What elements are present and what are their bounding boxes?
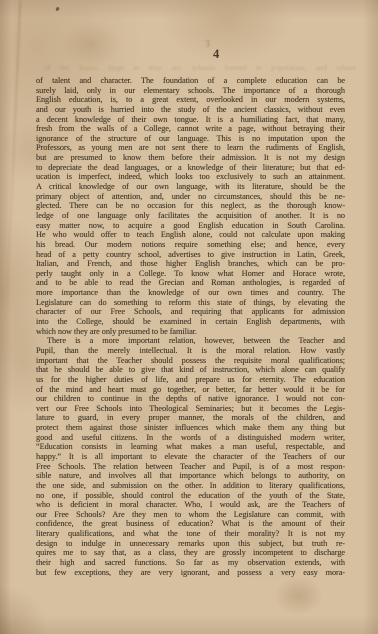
- text-line: important that the Teacher should posses…: [36, 356, 345, 366]
- text-line: Free Schools. The relation between Teach…: [36, 462, 345, 472]
- text-line: protect them against those sinister infl…: [36, 423, 345, 433]
- text-line: into the College, should be examined in …: [36, 317, 345, 327]
- text-line: surely laid, only in our elementary scho…: [36, 86, 345, 96]
- text-line: to depreciate the dead languages, or a k…: [36, 163, 345, 173]
- text-line: and to be able to read the Grecian and R…: [36, 278, 345, 288]
- text-line: ledge of one language only facilitates t…: [36, 211, 345, 221]
- ghost-showthrough-line: of the States, large as they are, school…: [44, 63, 356, 72]
- text-line: good and useful citizens. In the words o…: [36, 433, 345, 443]
- text-line: of the mind and heart must go together, …: [36, 385, 345, 395]
- text-line: “Education consists in learning what mak…: [36, 442, 345, 452]
- text-line: primary object of attention, and, under …: [36, 192, 345, 202]
- text-line: the one side, and submission on the othe…: [36, 481, 345, 491]
- paragraph: There is a more important relation, howe…: [36, 336, 345, 577]
- text-line: which now they are only presumed to be f…: [36, 327, 345, 337]
- text-line: character of our Free Schools, and requi…: [36, 307, 345, 317]
- paragraph: of talent and character. The foundation …: [36, 76, 345, 336]
- text-line: ignorance of the structure of our langua…: [36, 134, 345, 144]
- text-line: ucation is imperfect, indeed, which look…: [36, 172, 345, 182]
- text-line: confidence, the great business of educat…: [36, 519, 345, 529]
- text-line: Legislature can do something to reform t…: [36, 298, 345, 308]
- text-line: quires me to say that, as a class, they …: [36, 548, 345, 558]
- text-line: his bread. Our modern notions require so…: [36, 240, 345, 250]
- text-line: Professors, as young men are not sent th…: [36, 143, 345, 153]
- text-line: us for the higher duties of life, and pr…: [36, 375, 345, 385]
- text-line: head of a petty country school, advertis…: [36, 250, 345, 260]
- text-line: lature to guard, in every proper manner,…: [36, 413, 345, 423]
- text-line: easy matter now, to acquire a good Engli…: [36, 221, 345, 231]
- text-line: fresh from the walls of a College, canno…: [36, 124, 345, 134]
- text-line: literary qualifications, and what the to…: [36, 529, 345, 539]
- text-line: no one, if possible, should control the …: [36, 491, 345, 501]
- text-line: a decent knowledge of their own tongue. …: [36, 115, 345, 125]
- text-line: happy.” It is all important to elevate t…: [36, 452, 345, 462]
- text-line: glected. There can be no occasion for th…: [36, 201, 345, 211]
- paper-speck: [55, 7, 60, 12]
- text-line: who is deficient in moral character. Who…: [36, 500, 345, 510]
- ghost-page-number: 3: [205, 39, 210, 50]
- text-line: of talent and character. The foundation …: [36, 76, 345, 86]
- text-line: perly taught only in a College. To know …: [36, 269, 345, 279]
- text-line: but are presumed to know them before the…: [36, 153, 345, 163]
- text-block: of talent and character. The foundation …: [36, 76, 345, 577]
- text-line: English education, is, to a great extent…: [36, 95, 345, 105]
- text-line: design to indulge in unnecessary remarks…: [36, 539, 345, 549]
- page-number: 4: [213, 47, 220, 62]
- text-line: sible nature, and involves all that impo…: [36, 471, 345, 481]
- text-line: There is a more important relation, howe…: [36, 336, 345, 346]
- text-line: He who would offer to teach English alon…: [36, 230, 345, 240]
- text-line: more importance than the knowledge of ou…: [36, 288, 345, 298]
- text-line: our Free Schools? Are they men to whom t…: [36, 510, 345, 520]
- text-line: A critical knowledge of our own language…: [36, 182, 345, 192]
- text-line: but few exceptions, they are very ignora…: [36, 568, 345, 578]
- text-line: Italian, and French, and those higher En…: [36, 259, 345, 269]
- text-line: their high and sacred functions. So far …: [36, 558, 345, 568]
- text-line: Pupil, than the merely intellectual. It …: [36, 346, 345, 356]
- text-line: and our youth is hurried into the study …: [36, 105, 345, 115]
- paper-crease: [7, 0, 22, 290]
- text-line: our children to continue in the depths o…: [36, 394, 345, 404]
- text-line: that he should be able to give that kind…: [36, 365, 345, 375]
- scanned-document-page: 3 4 of the States, large as they are, sc…: [0, 0, 378, 634]
- text-line: vert our Free Schools into Theological S…: [36, 404, 345, 414]
